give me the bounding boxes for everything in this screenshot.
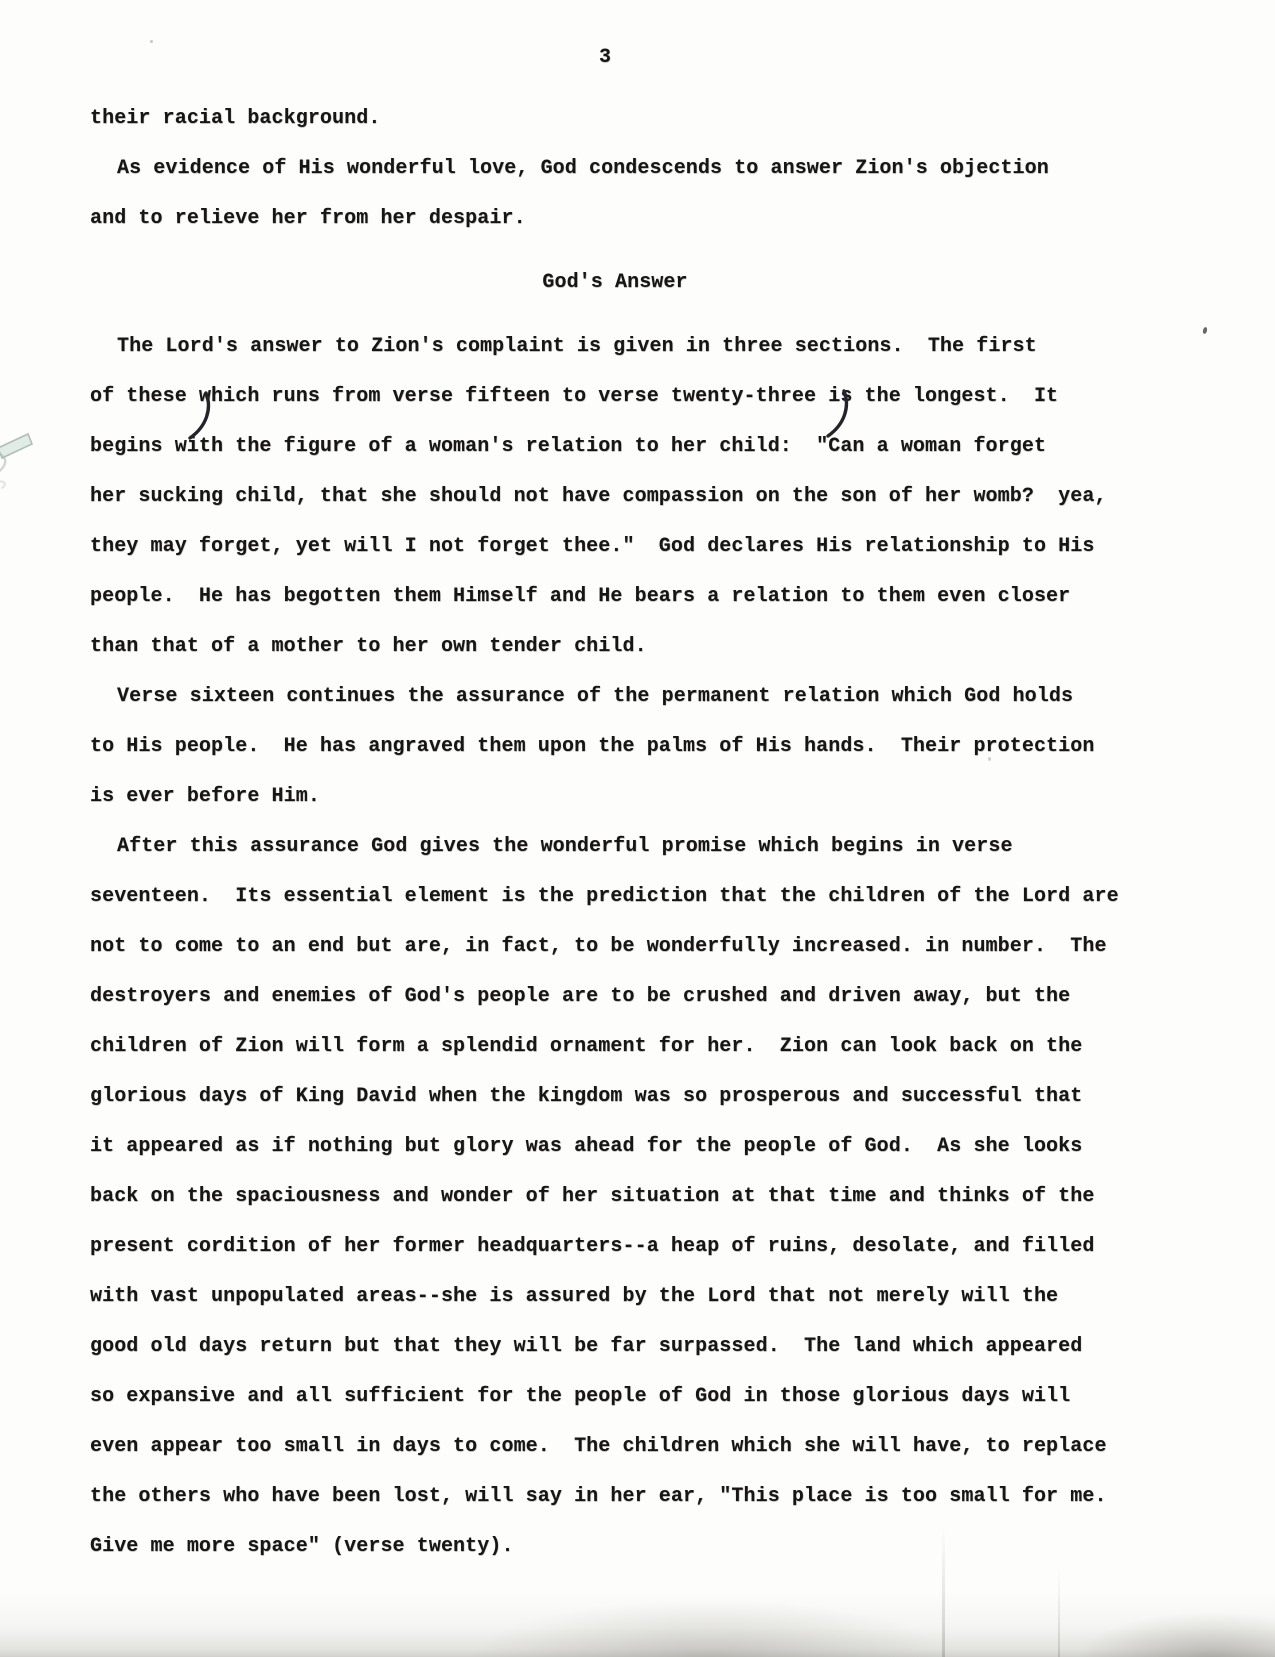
text-line: people. He has begotten them Himself and…	[90, 572, 1180, 622]
text-line: to His people. He has angraved them upon…	[90, 722, 1180, 772]
text-line: than that of a mother to her own tender …	[90, 622, 1180, 672]
pencil-margin-mark-icon	[0, 424, 54, 492]
scanned-document-page: 3 their racial background. As evidence o…	[0, 0, 1275, 1657]
scan-speckle	[1202, 327, 1208, 335]
text-line: of these which runs from verse fifteen t…	[90, 372, 1180, 422]
text-line: is ever before Him.	[90, 772, 1180, 822]
text-line: even appear too small in days to come. T…	[90, 1422, 1180, 1472]
text-line: her sucking child, that she should not h…	[90, 472, 1180, 522]
text-line: so expansive and all sufficient for the …	[90, 1372, 1180, 1422]
text-line: present cordition of her former headquar…	[90, 1222, 1180, 1272]
text-line: glorious days of King David when the kin…	[90, 1072, 1180, 1122]
text-line: The Lord's answer to Zion's complaint is…	[90, 322, 1180, 372]
text-line: After this assurance God gives the wonde…	[90, 822, 1180, 872]
text-line: they may forget, yet will I not forget t…	[90, 522, 1180, 572]
text-line: As evidence of His wonderful love, God c…	[90, 144, 1170, 194]
text-line: begins with the figure of a woman's rela…	[90, 422, 1180, 472]
text-line: Give me more space" (verse twenty).	[90, 1522, 1180, 1572]
text-line: their racial background.	[90, 94, 1170, 144]
carryover-paragraph: their racial background. As evidence of …	[90, 94, 1170, 244]
text-line: not to come to an end but are, in fact, …	[90, 922, 1180, 972]
text-line: it appeared as if nothing but glory was …	[90, 1122, 1180, 1172]
text-line: destroyers and enemies of God's people a…	[90, 972, 1180, 1022]
scan-speckle	[988, 757, 991, 761]
page-number: 3	[90, 33, 1120, 83]
text-line: and to relieve her from her despair.	[90, 194, 1170, 244]
text-line: back on the spaciousness and wonder of h…	[90, 1172, 1180, 1222]
text-line: with vast unpopulated areas--she is assu…	[90, 1272, 1180, 1322]
scan-edge-shadow	[0, 1591, 1275, 1657]
text-line: Verse sixteen continues the assurance of…	[90, 672, 1180, 722]
scan-speckle	[150, 40, 153, 43]
body-text: The Lord's answer to Zion's complaint is…	[90, 322, 1180, 1572]
text-line: seventeen. Its essential element is the …	[90, 872, 1180, 922]
text-line: children of Zion will form a splendid or…	[90, 1022, 1180, 1072]
section-heading: God's Answer	[105, 258, 1125, 308]
text-line: the others who have been lost, will say …	[90, 1472, 1180, 1522]
text-line: good old days return but that they will …	[90, 1322, 1180, 1372]
